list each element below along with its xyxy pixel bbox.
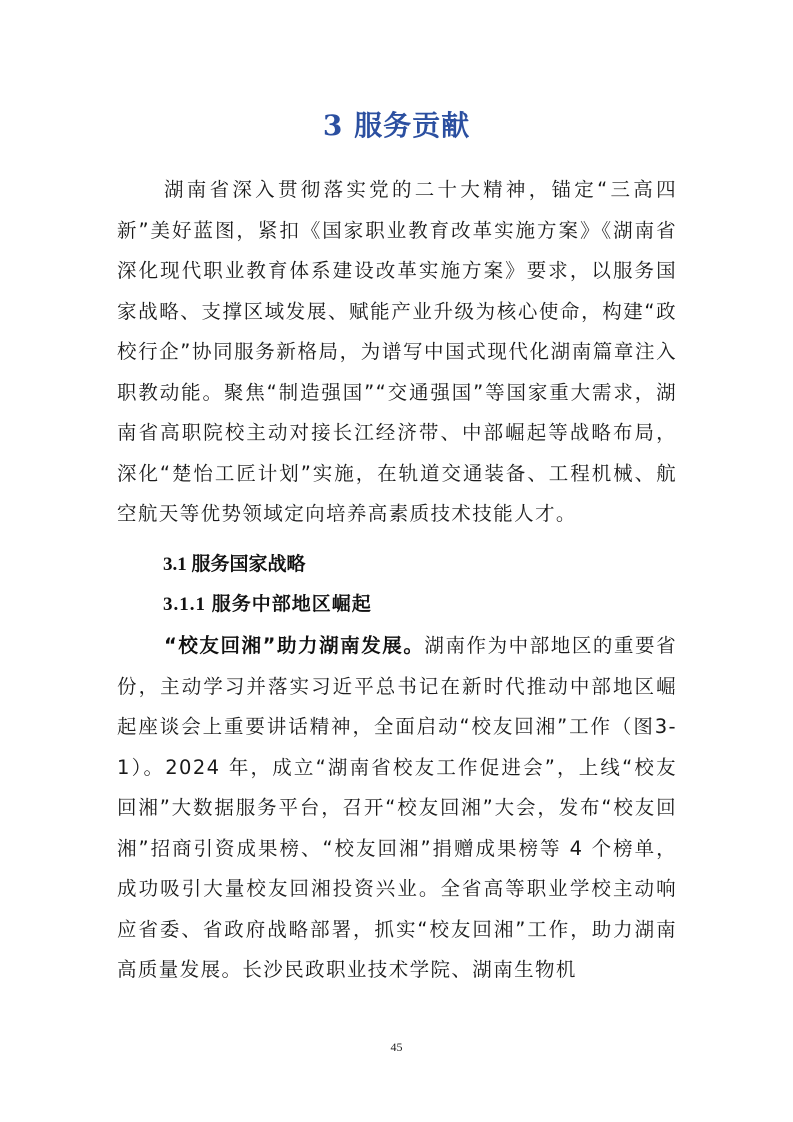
intro-paragraph: 湖南省深入贯彻落实党的二十大精神，锚定“三高四新”美好蓝图，紧扣《国家职业教育改… — [117, 170, 677, 535]
chapter-title: 3 服务贡献 — [0, 104, 793, 148]
section-heading: 3.1 服务国家战略 — [163, 545, 306, 585]
paragraph-lead: “校友回湘”助力湖南发展。 — [164, 634, 424, 657]
paragraph-alumni-return: “校友回湘”助力湖南发展。湖南作为中部地区的重要省份，主动学习并落实习近平总书记… — [117, 626, 677, 991]
page-number: 45 — [0, 1040, 793, 1055]
paragraph-body: 湖南作为中部地区的重要省份，主动学习并落实习近平总书记在新时代推动中部地区崛起座… — [117, 634, 677, 981]
document-page: 3 服务贡献 湖南省深入贯彻落实党的二十大精神，锚定“三高四新”美好蓝图，紧扣《… — [0, 0, 793, 1122]
subsection-heading: 3.1.1 服务中部地区崛起 — [163, 585, 372, 625]
